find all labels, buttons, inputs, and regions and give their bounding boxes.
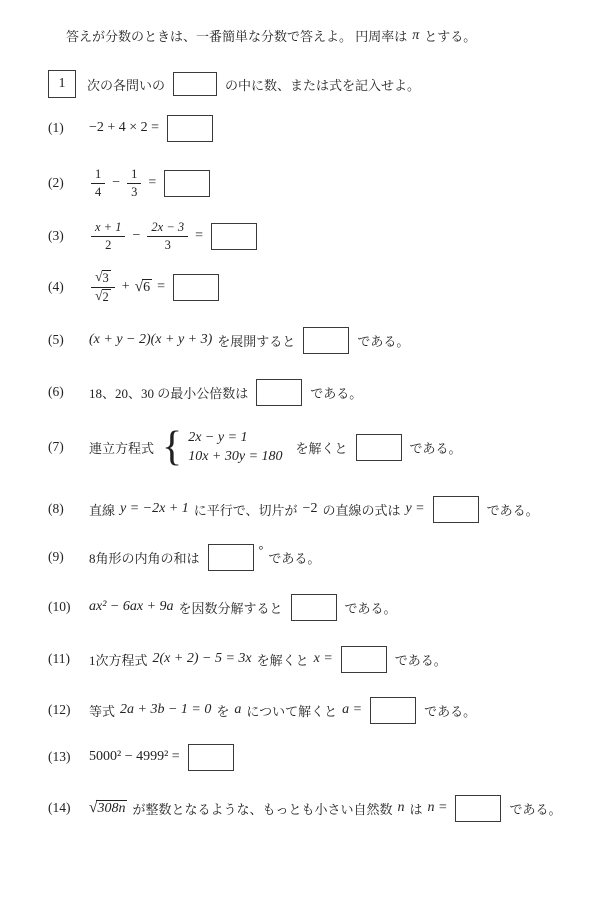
problem-row-11: (11) 1次方程式 2(x + 2) − 5 = 3x を解くと x = であ… [48,644,447,674]
problem-number: (6) [48,384,84,400]
problem-text: 8角形の内角の和は [89,548,200,567]
problem-text-end: である。 [395,650,447,669]
problem-row-10: (10) ax² − 6ax + 9a を因数分解すると である。 [48,592,397,622]
problem-row-5: (5) (x + y − 2)(x + y + 3) を展開すると である。 [48,325,409,355]
expression: ax² − 6ax + 9a [89,599,174,615]
problem-row-6: (6) 18、20、30 の最小公倍数は である。 [48,377,362,407]
instruction-text: 答えが分数のときは、一番簡単な分数で答えよ。 円周率は [66,26,407,45]
problem-text: が整数となるような、もっとも小さい自然数 [132,799,392,818]
expression: (x + y − 2)(x + y + 3) [89,332,212,348]
answer-box-14[interactable] [455,795,501,822]
problem-text: 1次方程式 [89,650,148,669]
problem-row-14: (14) √308n が整数となるような、もっとも小さい自然数 n は n = … [48,793,561,823]
system-brace: { [162,426,182,468]
problem-text-mid: は [409,799,422,818]
answer-box-9[interactable] [208,544,254,571]
problem-number: (8) [48,501,84,517]
expression-lhs: a = [342,702,362,718]
section-text-post: の中に数、または式を記入せよ。 [225,75,420,94]
expression: 2a + 3b − 1 = 0 [120,702,211,718]
sqrt-expression: √3 [95,270,111,285]
operator: − [112,175,120,191]
answer-box-3[interactable] [211,223,257,250]
denominator: √2 [95,288,111,304]
answer-box-13[interactable] [188,744,234,771]
problem-number: (14) [48,800,84,816]
equation-1: 2x − y = 1 [188,430,282,446]
pi-symbol: π [412,28,419,44]
radicand: 308n [96,800,127,817]
variable: a [234,702,241,718]
numerator: 1 [91,167,105,183]
answer-box-7[interactable] [356,434,402,461]
operator: − [132,228,140,244]
problem-number: (12) [48,702,84,718]
problem-row-3: (3) x + 1 2 − 2x − 3 3 = [48,215,260,257]
fraction: x + 1 2 [91,220,125,252]
denominator: 3 [165,237,171,252]
equals-sign: = [148,175,156,191]
expression: 5000² − 4999² = [89,749,180,765]
problem-text-mid: を [216,701,229,720]
problem-text-end: である。 [310,383,362,402]
problem-text: 直線 [89,500,115,519]
problem-number: (10) [48,599,84,615]
radicand: 2 [102,289,111,304]
problem-number: (1) [48,120,84,136]
answer-box-2[interactable] [164,170,210,197]
sqrt-expression: √308n [89,800,127,817]
fraction: 1 4 [91,167,105,199]
answer-box-4[interactable] [173,274,219,301]
expression-lhs: x = [314,651,333,667]
section-header: 1 次の各問いの の中に数、または式を記入せよ。 [48,68,420,100]
problem-row-12: (12) 等式 2a + 3b − 1 = 0 を a について解くと a = … [48,695,476,725]
instruction-line: 答えが分数のときは、一番簡単な分数で答えよ。 円周率は π とする。 [66,26,476,45]
equals-sign: = [157,279,165,295]
section-text-pre: 次の各問いの [87,75,165,94]
problem-number: (2) [48,175,84,191]
answer-box-5[interactable] [303,327,349,354]
answer-box-1[interactable] [167,115,213,142]
fraction: √3 √2 [91,270,115,304]
problem-text-end: である。 [424,701,476,720]
numerator: x + 1 [91,220,125,236]
fraction: 2x − 3 3 [147,220,188,252]
problem-row-2: (2) 1 4 − 1 3 = [48,163,213,203]
problem-number: (7) [48,439,84,455]
problem-row-8: (8) 直線 y = −2x + 1 に平行で、切片が −2 の直線の式は y … [48,494,539,524]
expression: 2(x + 2) − 5 = 3x [153,651,252,667]
problem-text-end: である。 [268,548,320,567]
problem-row-1: (1) −2 + 4 × 2 = [48,113,216,143]
problem-text-mid: に平行で、切片が [194,500,298,519]
radicand: 3 [102,270,111,285]
numerator: √3 [91,270,115,287]
problem-text-mid2: の直線の式は [322,500,400,519]
answer-box-11[interactable] [341,646,387,673]
equals-sign: = [195,228,203,244]
problem-row-7: (7) 連立方程式 { 2x − y = 1 10x + 30y = 180 を… [48,423,462,471]
answer-box-placeholder [173,72,217,96]
numerator: 2x − 3 [147,220,188,236]
equation-system: 2x − y = 1 10x + 30y = 180 [188,430,282,465]
numerator: 1 [127,167,141,183]
problem-text: を因数分解すると [179,598,283,617]
problem-number: (13) [48,749,84,765]
problem-number: (3) [48,228,84,244]
problem-row-9: (9) 8角形の内角の和は ° である。 [48,542,320,572]
problem-text-end: である。 [410,438,462,457]
problem-text: 等式 [89,701,115,720]
fraction: 1 3 [127,167,141,199]
section-number-box: 1 [48,70,76,98]
problem-number: (4) [48,279,84,295]
problem-text: 連立方程式 [89,438,154,457]
worksheet-page: 答えが分数のときは、一番簡単な分数で答えよ。 円周率は π とする。 1 次の各… [0,0,600,900]
problem-text-end: である。 [345,598,397,617]
variable: n [397,800,404,816]
problem-number: (9) [48,549,84,565]
answer-box-12[interactable] [370,697,416,724]
radicand: 6 [142,279,152,296]
denominator: 3 [131,184,137,199]
problem-text: 18、20、30 の最小公倍数は [89,383,248,402]
sqrt-expression: √6 [135,279,152,296]
instruction-text-end: とする。 [424,26,476,45]
problem-number: (5) [48,332,84,348]
number: −2 [303,501,318,517]
problem-text-mid2: について解くと [246,701,337,720]
denominator: 2 [105,237,111,252]
problem-text-mid: を解くと [296,438,348,457]
answer-box-10[interactable] [291,594,337,621]
expression: −2 + 4 × 2 = [89,120,159,136]
sqrt-expression: √2 [95,289,111,304]
equation-2: 10x + 30y = 180 [188,449,282,465]
problem-text-end: である。 [509,799,561,818]
problem-row-13: (13) 5000² − 4999² = [48,741,237,773]
problem-text-end: である。 [487,500,539,519]
expression-lhs: n = [427,800,447,816]
expression: y = −2x + 1 [120,501,189,517]
problem-row-4: (4) √3 √2 + √6 = [48,266,222,308]
answer-box-8[interactable] [433,496,479,523]
problem-number: (11) [48,651,84,667]
problem-text-end: である。 [357,331,409,350]
denominator: 4 [95,184,101,199]
problem-text-mid: を解くと [257,650,309,669]
problem-text: を展開すると [217,331,295,350]
degree-symbol: ° [259,543,264,558]
expression-lhs: y = [405,501,424,517]
operator: + [122,279,130,295]
answer-box-6[interactable] [256,379,302,406]
